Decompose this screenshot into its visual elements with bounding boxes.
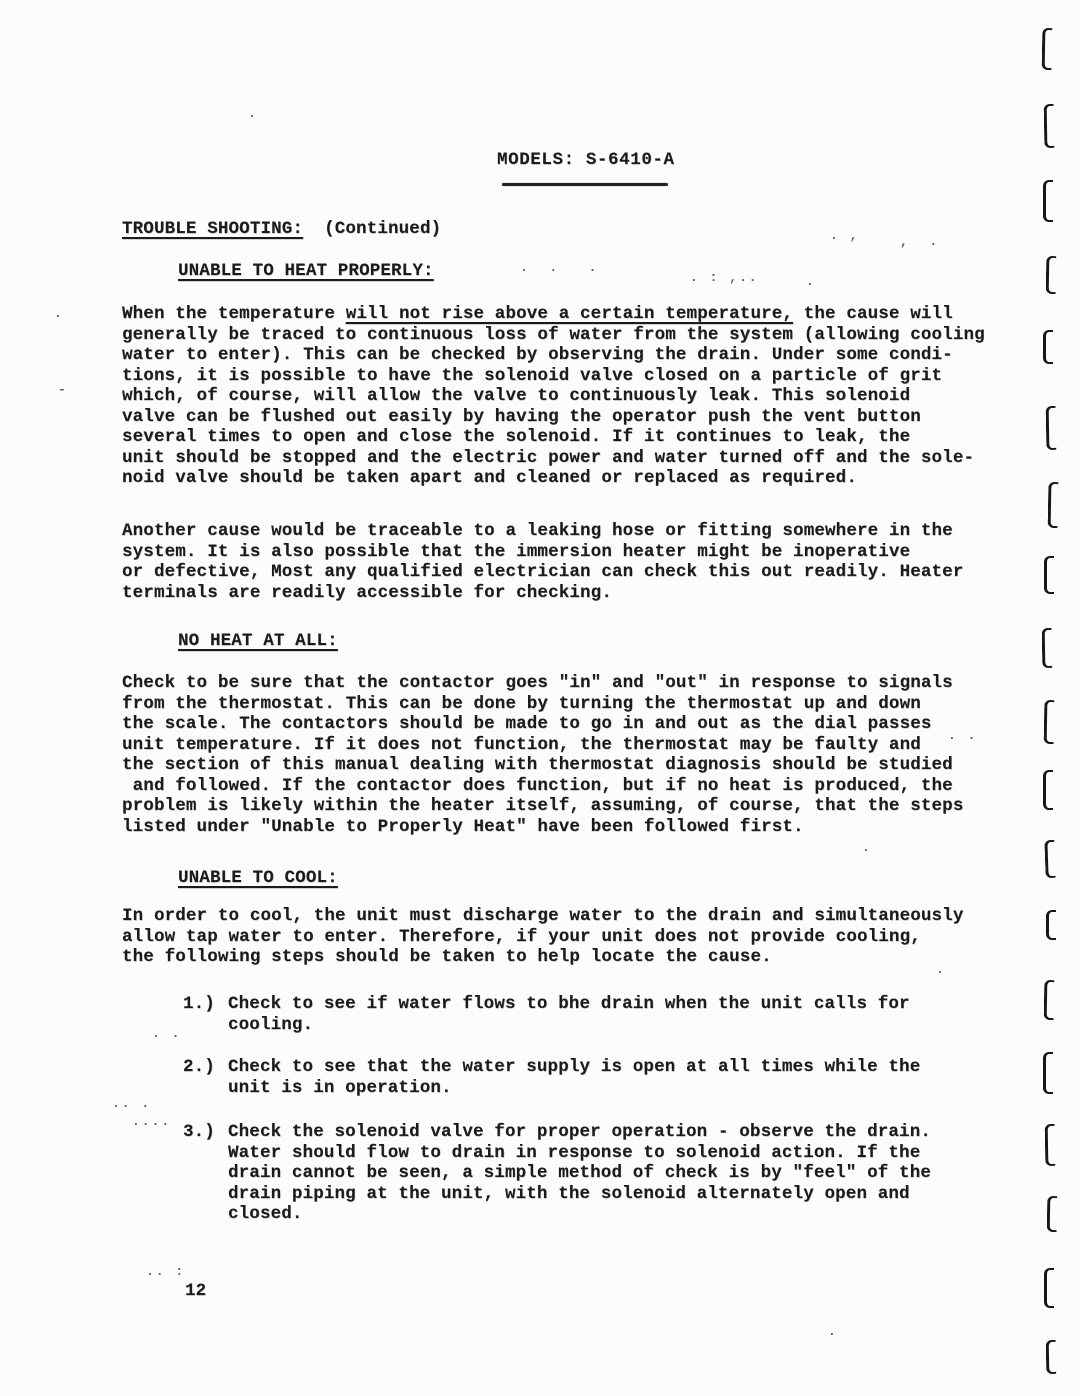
heading-unable-to-heat: UNABLE TO HEAT PROPERLY: <box>178 261 434 282</box>
list-item-2-number: 2.) <box>183 1057 228 1098</box>
para1-suffix: the cause will <box>793 304 953 324</box>
binding-mark-icon <box>1042 628 1053 668</box>
section-continued-label: (Continued) <box>324 219 441 239</box>
paragraph-heat-1: When the temperature will not rise above… <box>122 304 1032 489</box>
scan-speckle: . <box>248 104 258 125</box>
scanned-manual-page: MODELS: S-6410-A TROUBLE SHOOTING:(Conti… <box>0 0 1080 1396</box>
list-item-3-text: Check the solenoid valve for proper oper… <box>228 1122 931 1225</box>
scan-speckle: . . <box>152 1024 181 1045</box>
heading-no-heat-at-all: NO HEAT AT ALL: <box>178 631 338 652</box>
binding-mark-icon <box>1046 406 1057 450</box>
scan-speckle: . <box>806 272 816 293</box>
para1-body: generally be traced to continuous loss o… <box>122 325 985 489</box>
binding-mark-icon <box>1044 700 1055 744</box>
binding-mark-icon <box>1046 910 1056 940</box>
scan-speckle: . , <box>830 226 859 247</box>
binding-mark-icon <box>1043 330 1053 364</box>
binding-mark-icon <box>1043 1052 1053 1094</box>
list-item-3: 3.)Check the solenoid valve for proper o… <box>183 1122 1023 1225</box>
scan-speckle: . . <box>948 726 977 747</box>
binding-mark-icon <box>1046 256 1057 294</box>
section-heading-line: TROUBLE SHOOTING:(Continued) <box>122 219 441 240</box>
scan-speckle: . <box>54 304 64 325</box>
list-item-2: 2.)Check to see that the water supply is… <box>183 1057 1023 1098</box>
binding-mark-icon <box>1044 840 1055 878</box>
binding-mark-icon <box>1043 770 1053 810</box>
model-header: MODELS: S-6410-A <box>497 150 675 171</box>
binding-mark-icon <box>1044 104 1055 148</box>
scan-speckle: - <box>58 380 68 401</box>
binding-mark-icon <box>1042 28 1053 70</box>
paragraph-no-heat: Check to be sure that the contactor goes… <box>122 673 1032 837</box>
binding-mark-icon <box>1047 1196 1058 1232</box>
scan-speckle: . <box>936 960 946 981</box>
paragraph-heat-2: Another cause would be traceable to a le… <box>122 521 1032 603</box>
scan-speckle: .... <box>132 1112 171 1133</box>
page-number: 12 <box>185 1281 206 1302</box>
binding-mark-icon <box>1044 1268 1054 1308</box>
model-header-underline <box>502 183 668 186</box>
binding-mark-icon <box>1048 482 1059 528</box>
paragraph-cool-intro: In order to cool, the unit must discharg… <box>122 906 1032 968</box>
binding-mark-icon <box>1044 980 1055 1020</box>
para1-prefix: When the temperature <box>122 304 346 324</box>
binding-mark-icon <box>1046 1340 1057 1374</box>
heading-unable-to-cool: UNABLE TO COOL: <box>178 868 338 889</box>
scan-speckle: . <box>862 838 872 859</box>
scan-speckle: , . <box>900 232 939 253</box>
list-item-1: 1.)Check to see if water flows to bhe dr… <box>183 994 1023 1035</box>
section-title: TROUBLE SHOOTING: <box>122 219 303 239</box>
scan-speckle: . <box>828 1322 838 1343</box>
scan-speckle: .. : <box>146 1262 185 1283</box>
binding-mark-icon <box>1045 1124 1056 1166</box>
scan-speckle: . . . <box>520 258 598 279</box>
list-item-1-text: Check to see if water flows to bhe drain… <box>228 994 910 1035</box>
binding-mark-icon <box>1044 556 1054 594</box>
para1-underlined-phrase: will not rise above a certain temperatur… <box>346 304 793 324</box>
scan-speckle: . : ,.. <box>690 268 759 289</box>
list-item-2-text: Check to see that the water supply is op… <box>228 1057 920 1098</box>
list-item-3-number: 3.) <box>183 1122 228 1225</box>
binding-mark-icon <box>1043 180 1053 222</box>
list-item-1-number: 1.) <box>183 994 228 1035</box>
